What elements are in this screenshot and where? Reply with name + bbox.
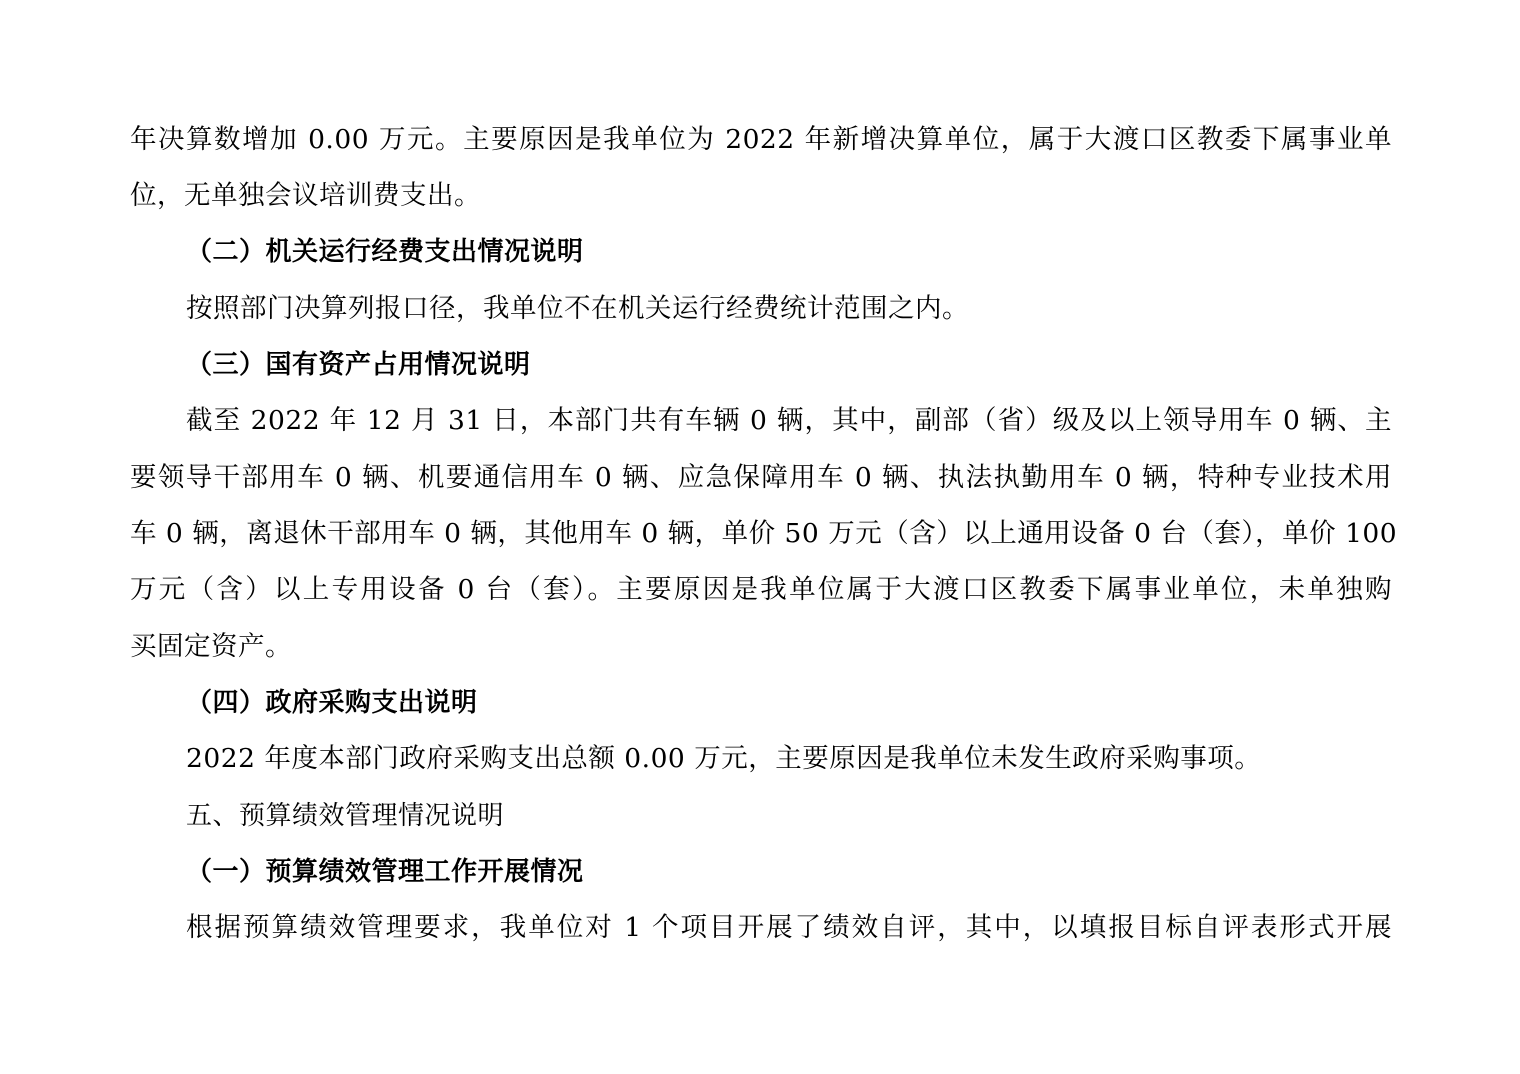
chapter-heading-performance-management: 五、预算绩效管理情况说明: [186, 796, 504, 836]
paragraph-operating-expenses: 按照部门决算列报口径，我单位不在机关运行经费统计范围之内。: [186, 289, 969, 329]
paragraph-state-assets-line-1: 截至 2022 年 12 月 31 日，本部门共有车辆 0 辆，其中，副部（省）…: [186, 401, 1392, 441]
section-heading-government-procurement: （四）政府采购支出说明: [186, 683, 478, 723]
paragraph-performance-work-line-1: 根据预算绩效管理要求，我单位对 1 个项目开展了绩效自评，其中，以填报目标自评表…: [186, 908, 1392, 948]
paragraph-meeting-fee-line-2: 位，无单独会议培训费支出。: [130, 176, 481, 216]
paragraph-meeting-fee-line-1: 年决算数增加 0.00 万元。主要原因是我单位为 2022 年新增决算单位，属于…: [130, 120, 1392, 160]
paragraph-state-assets-line-5: 买固定资产。: [130, 627, 292, 667]
paragraph-state-assets-line-4: 万元（含）以上专用设备 0 台（套）。主要原因是我单位属于大渡口区教委下属事业单…: [130, 570, 1392, 610]
paragraph-state-assets-line-3: 车 0 辆，离退休干部用车 0 辆，其他用车 0 辆，单价 50 万元（含）以上…: [130, 514, 1392, 554]
paragraph-state-assets-line-2: 要领导干部用车 0 辆、机要通信用车 0 辆、应急保障用车 0 辆、执法执勤用车…: [130, 458, 1392, 498]
section-heading-state-assets: （三）国有资产占用情况说明: [186, 345, 531, 385]
section-heading-performance-work: （一）预算绩效管理工作开展情况: [186, 852, 584, 892]
paragraph-government-procurement: 2022 年度本部门政府采购支出总额 0.00 万元，主要原因是我单位未发生政府…: [186, 739, 1261, 779]
section-heading-operating-expenses: （二）机关运行经费支出情况说明: [186, 232, 584, 272]
document-page: 年决算数增加 0.00 万元。主要原因是我单位为 2022 年新增决算单位，属于…: [0, 0, 1520, 1074]
